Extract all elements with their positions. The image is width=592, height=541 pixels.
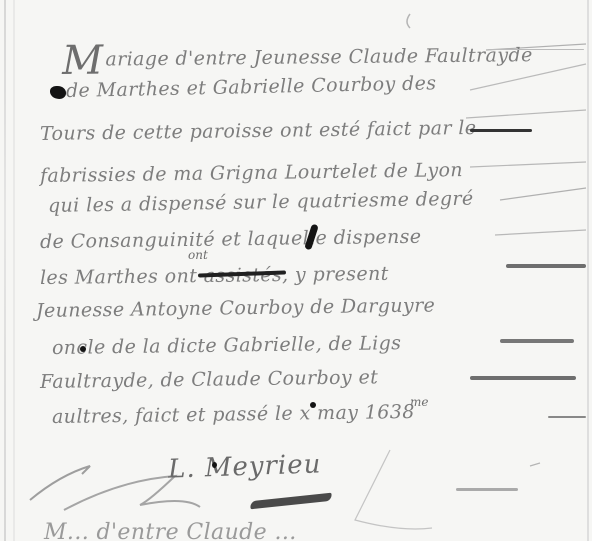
text-line-next-entry: M... d'entre Claude ... <box>44 520 297 541</box>
ink-blot <box>50 86 66 99</box>
text-line-4: fabrissies de ma Grigna Lourtelet de Lyo… <box>40 159 463 187</box>
text-line-5: qui les a dispensé sur le quatriesme deg… <box>48 188 474 217</box>
text-line-1: Mariage d'entre Jeunesse Claude Faultray… <box>62 25 533 76</box>
line-filler-bold <box>506 264 586 268</box>
signature-tail <box>456 488 518 491</box>
text-line-10: Faultrayde, de Claude Courboy et <box>40 366 379 393</box>
ink-dot <box>80 346 86 352</box>
text-line-2: de Marthes et Gabrielle Courboy des <box>66 72 437 102</box>
signature-underline-stroke <box>250 493 332 510</box>
line-filler <box>548 416 586 418</box>
scanned-register-page: Mariage d'entre Jeunesse Claude Faultray… <box>0 0 592 541</box>
priest-signature: L. Meyrieu <box>168 449 322 484</box>
text-line-3: Tours de cette paroisse ont esté faict p… <box>40 117 477 145</box>
ink-dot <box>212 462 217 468</box>
page-right-edge <box>587 0 589 541</box>
text-line-8: Jeunesse Antoyne Courboy de Darguyre <box>36 294 436 322</box>
page-left-edge <box>4 0 6 541</box>
line-filler <box>488 49 584 50</box>
line-filler-bold <box>470 376 576 380</box>
text-line-6: de Consanguinité et laquelle dispense <box>40 226 422 253</box>
superscript-ont: ont <box>188 248 208 262</box>
ink-dot <box>310 402 316 408</box>
decorated-initial-m: M <box>62 38 104 84</box>
line-filler-bold <box>500 339 574 343</box>
dark-underline-stroke <box>470 129 532 132</box>
text-line-11-date: aultres, faict et passé le x may 1638 <box>52 401 415 428</box>
text-line-9: oncle de la dicte Gabrielle, de Ligs <box>52 332 402 359</box>
